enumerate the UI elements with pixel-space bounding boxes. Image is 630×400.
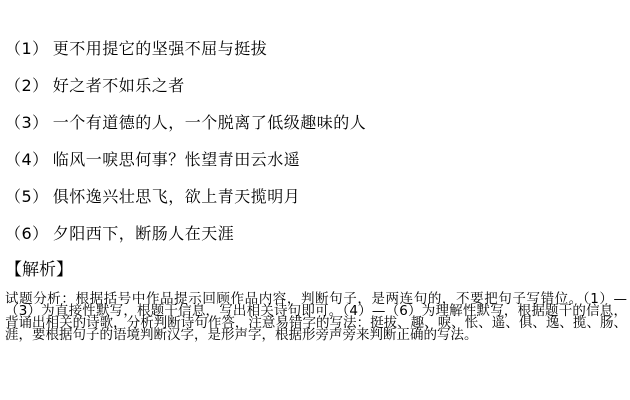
answer-number: （2） xyxy=(5,76,49,95)
answer-text: 临风一唳思何事？怅望青田云水遥 xyxy=(53,150,301,169)
answer-number: （5） xyxy=(5,187,49,206)
answer-line-4: （4）临风一唳思何事？怅望青田云水遥 xyxy=(5,151,626,168)
answer-list: （1）更不用提它的坚强不屈与挺拔 （2）好之者不如乐之者 （3）一个有道德的人，… xyxy=(5,40,626,242)
page-content: （1）更不用提它的坚强不屈与挺拔 （2）好之者不如乐之者 （3）一个有道德的人，… xyxy=(0,0,630,341)
analysis-body: 试题分析：根据括号中作品提示回顾作品内容，判断句子，是两连句的，不要把句子写错位… xyxy=(5,293,627,341)
answer-number: （6） xyxy=(5,224,49,243)
answer-number: （3） xyxy=(5,113,49,132)
analysis-heading: 【解析】 xyxy=(5,262,626,279)
answer-number: （1） xyxy=(5,39,49,58)
answer-text: 更不用提它的坚强不屈与挺拔 xyxy=(53,39,268,58)
answer-line-2: （2）好之者不如乐之者 xyxy=(5,77,626,94)
answer-text: 好之者不如乐之者 xyxy=(53,76,185,95)
answer-text: 一个有道德的人，一个脱离了低级趣味的人 xyxy=(53,113,367,132)
exam-answer-page: （1）更不用提它的坚强不屈与挺拔 （2）好之者不如乐之者 （3）一个有道德的人，… xyxy=(0,0,630,400)
answer-line-1: （1）更不用提它的坚强不屈与挺拔 xyxy=(5,40,626,57)
answer-line-3: （3）一个有道德的人，一个脱离了低级趣味的人 xyxy=(5,114,626,131)
answer-text: 夕阳西下，断肠人在天涯 xyxy=(53,224,235,243)
answer-line-6: （6）夕阳西下，断肠人在天涯 xyxy=(5,225,626,242)
answer-text: 俱怀逸兴壮思飞，欲上青天揽明月 xyxy=(53,187,301,206)
answer-line-5: （5）俱怀逸兴壮思飞，欲上青天揽明月 xyxy=(5,188,626,205)
answer-number: （4） xyxy=(5,150,49,169)
